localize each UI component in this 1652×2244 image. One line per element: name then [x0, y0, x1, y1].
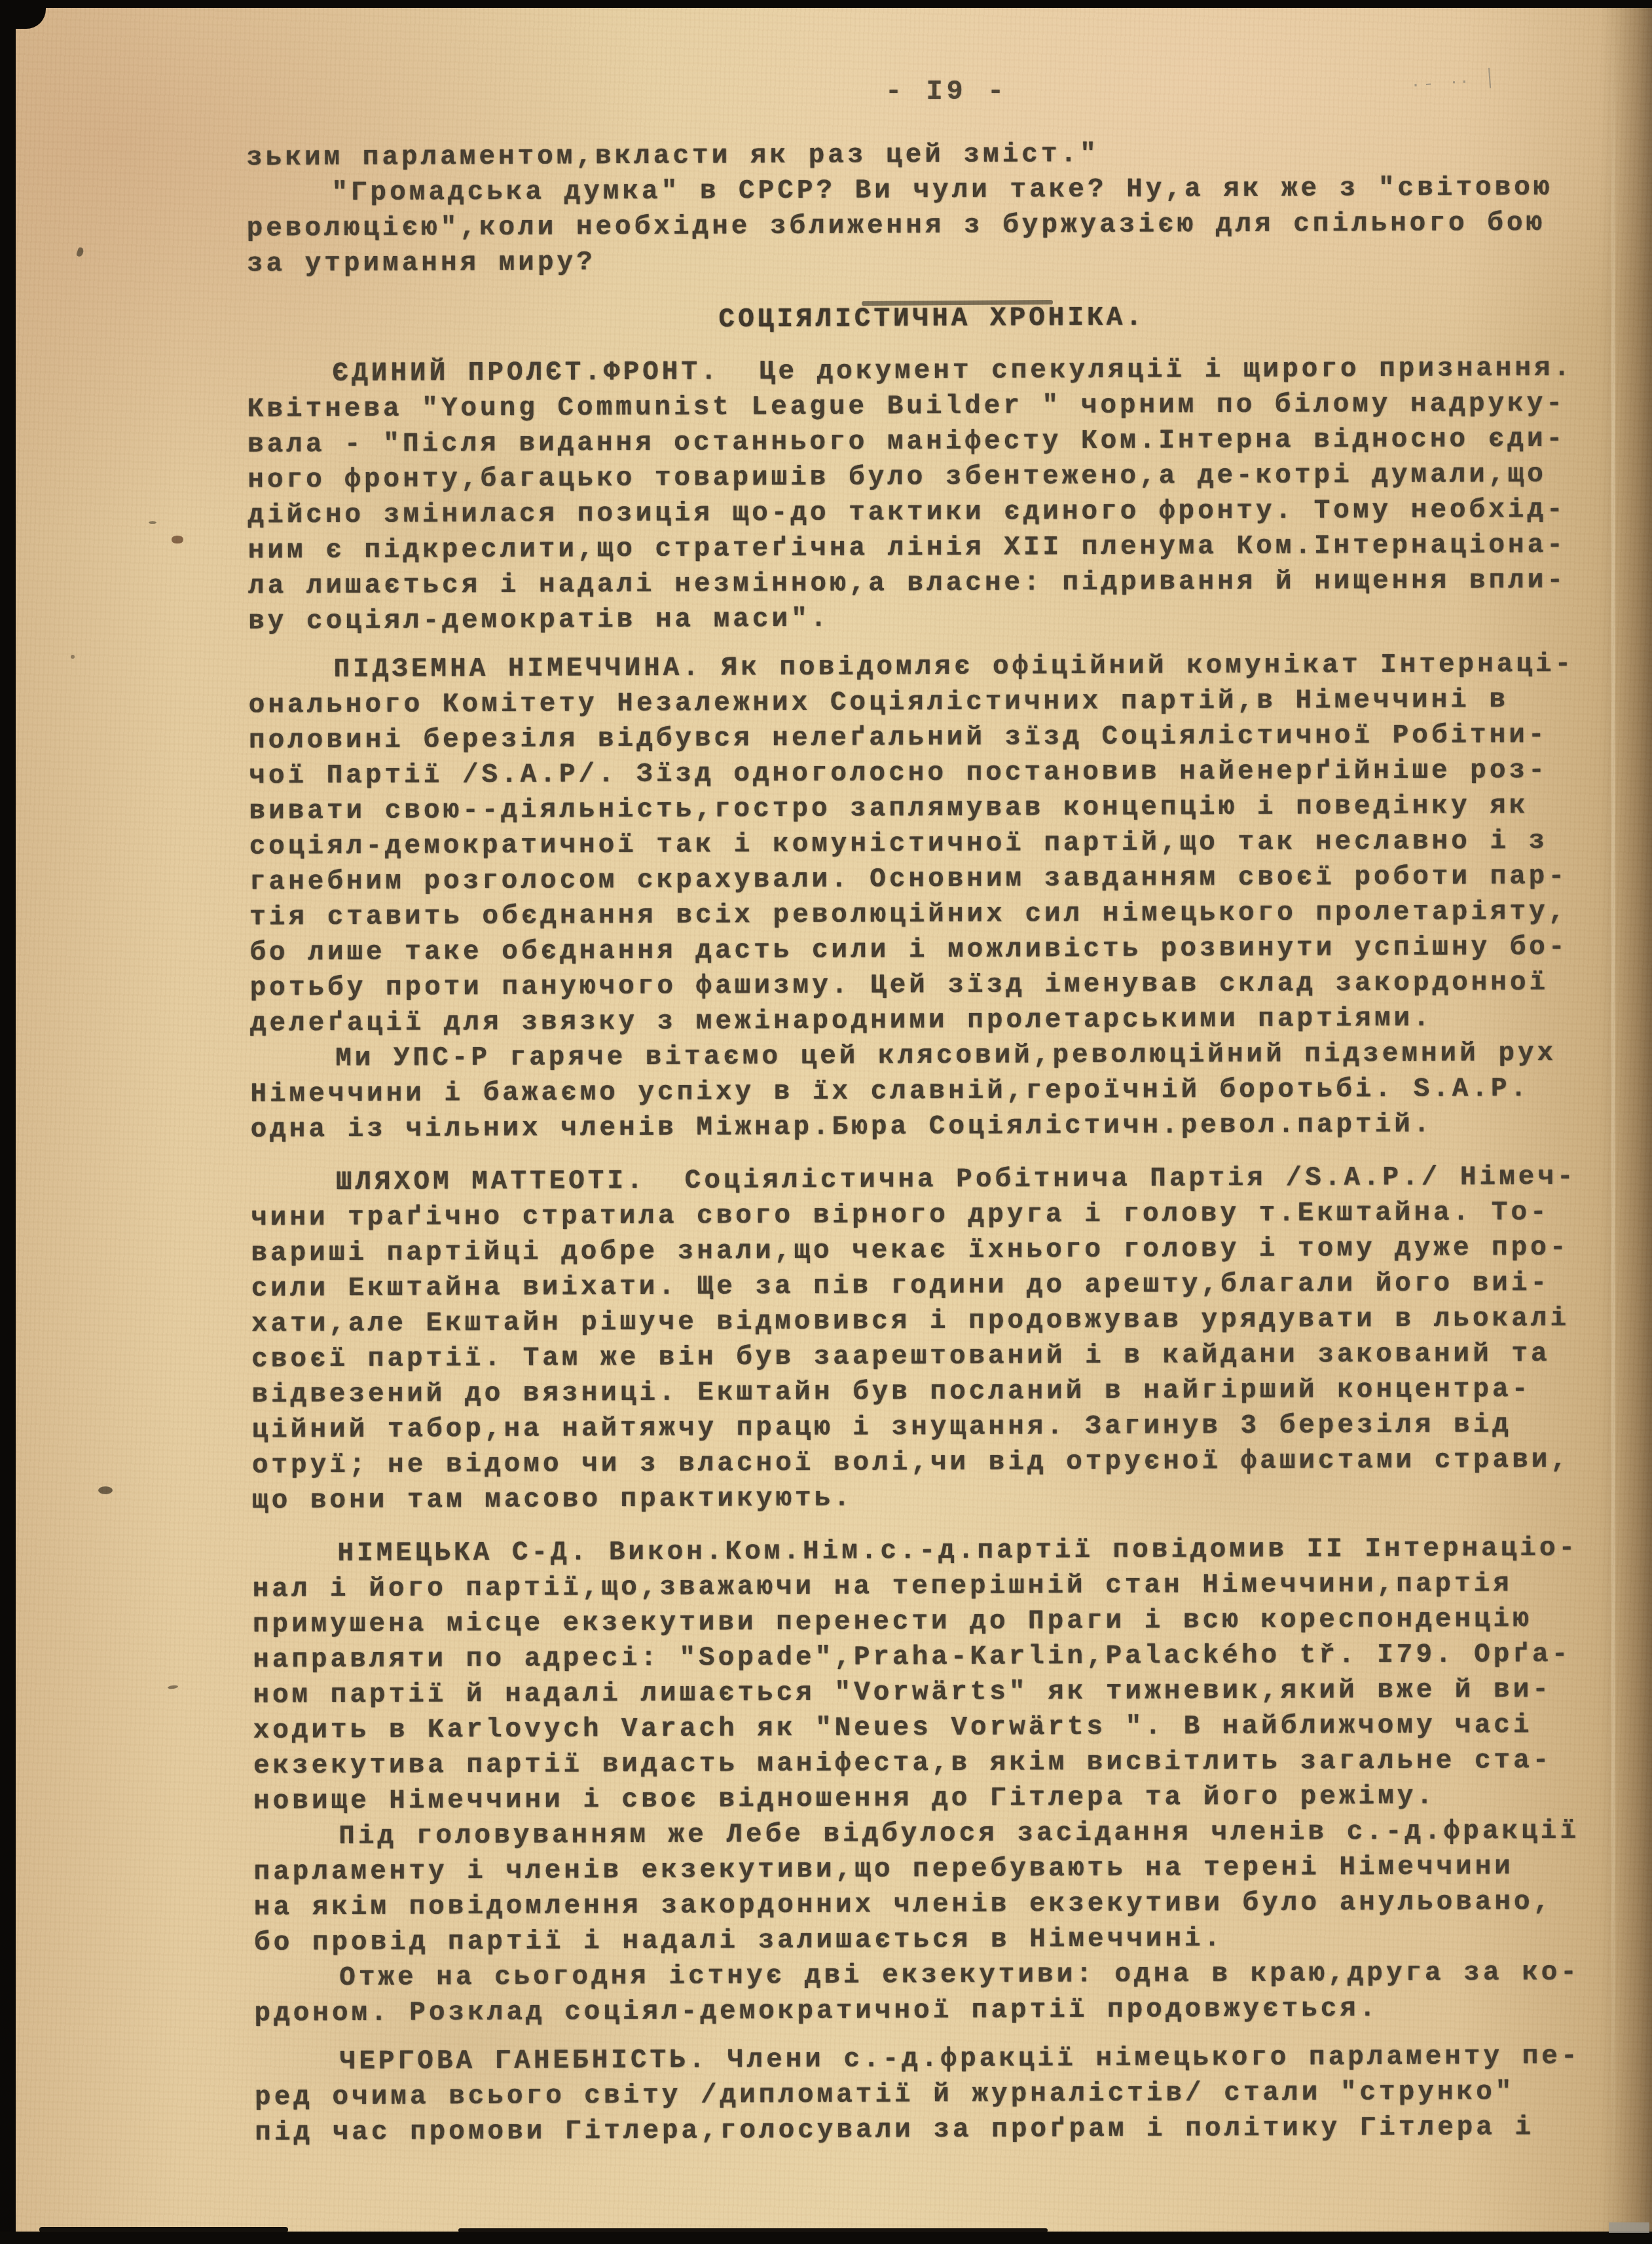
text-line: екзекутива партії видасть маніфеста,в як…	[253, 1742, 1623, 1784]
text-line: направляти по адресі: "Sopade",Praha-Kar…	[253, 1636, 1623, 1678]
section-heading: СОЦІЯЛІСТИЧНА ХРОНІКА.	[247, 298, 1617, 339]
page-edge-highlight	[1611, 8, 1615, 2232]
text-line: вивати свою--діяльність,гостро заплямува…	[249, 788, 1619, 829]
ink-speck	[71, 655, 75, 659]
yedynyi-proliet-front: ЄДИНИЙ ПРОЛЄТ.ФРОНТ. Це документ спекуля…	[247, 350, 1618, 639]
text-line: відвезений до вязниці. Екштайн був посла…	[251, 1371, 1621, 1412]
text-line: половині березіля відбувся нелеґальний з…	[249, 717, 1619, 758]
paper-stain	[998, 1252, 1456, 1579]
text-line: що вони там масово практикують.	[252, 1477, 1622, 1518]
text-line: ла лишається і надалі незмінною,а власне…	[248, 562, 1618, 604]
text-line: Німеччини і бажаємо успіху в їх славній,…	[250, 1071, 1620, 1112]
text-line: дійсно змінилася позиція що-до тактики є…	[248, 492, 1617, 533]
scan-border-bottom	[0, 2232, 1652, 2244]
page-edge-shadow	[1601, 8, 1652, 2232]
ink-speck	[172, 536, 183, 543]
text-line: ходить в Karlovych Varach як "Neues Vorw…	[253, 1707, 1623, 1748]
text-line: Отже на сьогодня істнує дві екзекутиви: …	[254, 1955, 1624, 1996]
paper-stain	[212, 1907, 736, 2182]
text-line: делеґації для звязку з межінародними про…	[250, 1000, 1620, 1041]
text-line: онального Комітету Незалежних Соціялісти…	[249, 682, 1619, 723]
text-line: Квітнева "Young Communist League Builder…	[248, 386, 1617, 427]
text-line: соціял-демократичної так і комуністичної…	[249, 823, 1619, 864]
shliakhom-matteoti: ШЛЯХОМ МАТТЕОТІ. Соціялістична Робітнича…	[251, 1159, 1622, 1518]
text-line: вариші партійці добре знали,що чекає їхн…	[251, 1230, 1621, 1271]
text-line: НІМЕЦЬКА С-Д. Викон.Ком.Нім.с.-д.партії …	[252, 1530, 1622, 1572]
pidzemna-nimechchyna: ПІДЗЕМНА НІМЕЧЧИНА. Як повідомляє офіцій…	[248, 646, 1620, 1041]
paper-sheet: - I9 - ·- ׀ ·٠ зьким парламентом,вкласти…	[16, 8, 1652, 2232]
ink-speck	[149, 521, 156, 524]
scanner-bed-patch	[1609, 2222, 1649, 2233]
text-line: революцією",коли необхідне зближення з б…	[246, 205, 1616, 246]
text-line: ним є підкреслити,що стратеґічна лінія X…	[248, 527, 1618, 568]
paper-stain	[291, 401, 618, 597]
text-line: ційний табор,на найтяжчу працю і знущанн…	[251, 1407, 1621, 1448]
my-ups-r: Ми УПС-Р гаряче вітаємо цей клясовий,рев…	[250, 1035, 1621, 1147]
pid-holovuvanniam: Під головуванням же Лебе відбулося засід…	[253, 1813, 1624, 1960]
text-line: ву соціял-демократів на маси".	[248, 598, 1618, 639]
text-line: ШЛЯХОМ МАТТЕОТІ. Соціялістична Робітнича…	[251, 1159, 1621, 1200]
text-line: чини траґічно стратила свого вірного дру…	[251, 1194, 1621, 1236]
text-line: за утримання миру?	[247, 240, 1617, 282]
text-line: хати,але Екштайн рішуче відмовився і про…	[251, 1300, 1621, 1342]
otzhe-dvi-ekzekutyvy: Отже на сьогодня істнує дві екзекутиви: …	[254, 1955, 1624, 2031]
text-line: парламенту і членів екзекутиви,що перебу…	[253, 1849, 1623, 1890]
text-line: ном партії й надалі лишається "Vorwärts"…	[253, 1672, 1623, 1713]
text-line: Ми УПС-Р гаряче вітаємо цей клясовий,рев…	[250, 1035, 1620, 1076]
text-line: ЄДИНИЙ ПРОЛЄТ.ФРОНТ. Це документ спекуля…	[247, 350, 1617, 392]
ink-speck	[98, 1486, 113, 1494]
page-number: - I9 -	[885, 76, 1008, 107]
scratch-artifact	[862, 300, 1053, 306]
text-line: ред очима всього світу /дипломатії й жур…	[255, 2074, 1624, 2115]
intro-continuation: зьким парламентом,вкласти як раз цей змі…	[246, 134, 1616, 175]
nimetska-s-d: НІМЕЦЬКА С-Д. Викон.Ком.Нім.с.-д.партії …	[252, 1530, 1623, 1819]
text-line: нал і його партії,що,зважаючи на теперіш…	[253, 1566, 1623, 1607]
text-line: "Громадська думка" в СРСР? Ви чули таке?…	[246, 170, 1616, 211]
text-line: бо провід партії і надалі залишається в …	[254, 1919, 1624, 1960]
text-line: ЧЕРГОВА ГАНЕБНІСТЬ. Члени с.-д.фракції н…	[255, 2038, 1624, 2080]
text-line: вала - "Після видання останнього маніфес…	[248, 421, 1617, 462]
text-line: примушена місце екзекутиви перенести до …	[253, 1601, 1623, 1642]
text-line: ПІДЗЕМНА НІМЕЧЧИНА. Як повідомляє офіцій…	[248, 646, 1618, 688]
scanned-document-page: - I9 - ·- ׀ ·٠ зьким парламентом,вкласти…	[0, 0, 1652, 2244]
text-line: ного фронту,багацько товаришів було збен…	[248, 456, 1617, 498]
cherhova-hanebnist: ЧЕРГОВА ГАНЕБНІСТЬ. Члени с.-д.фракції н…	[255, 2038, 1625, 2150]
text-line: під час промови Гітлера,голосували за пр…	[255, 2109, 1624, 2150]
text-line: новище Німеччини і своє відношення до Гі…	[253, 1778, 1623, 1819]
text-line: своєї партії. Там же він був заарештован…	[251, 1336, 1621, 1377]
text-line: ганебним розголосом скрахували. Основним…	[249, 858, 1619, 900]
gromadska-dumka: "Громадська думка" в СРСР? Ви чули таке?…	[246, 170, 1617, 282]
text-line: на якім повідомлення закордонних членів …	[254, 1884, 1624, 1925]
text-line: одна із чільних членів Міжнар.Бюра Соція…	[250, 1106, 1620, 1147]
ink-speck	[168, 1685, 179, 1689]
text-line: зьким парламентом,вкласти як раз цей змі…	[246, 134, 1616, 175]
text-body: зьким парламентом,вкласти як раз цей змі…	[246, 134, 1624, 2150]
text-line: бо лише таке обєднання дасть сили і можл…	[249, 929, 1619, 970]
text-line: отруї; не відомо чи з власної волі,чи ві…	[252, 1442, 1622, 1483]
text-line: рдоном. Розклад соціял-демократичної пар…	[254, 1990, 1624, 2031]
text-line: тія ставить обєднання всіх революційних …	[249, 894, 1619, 935]
pencil-mark: ·- ׀ ·٠	[1410, 69, 1498, 95]
text-line: ротьбу проти пануючого фашизму. Цей зїзд…	[250, 965, 1620, 1006]
text-line: чої Партії /S.A.P/. Зїзд одноголосно пос…	[249, 752, 1619, 794]
ink-speck	[76, 247, 84, 257]
text-line: Під головуванням же Лебе відбулося засід…	[253, 1813, 1623, 1854]
text-line: сили Екштайна виіхати. Ще за пів години …	[251, 1265, 1621, 1306]
